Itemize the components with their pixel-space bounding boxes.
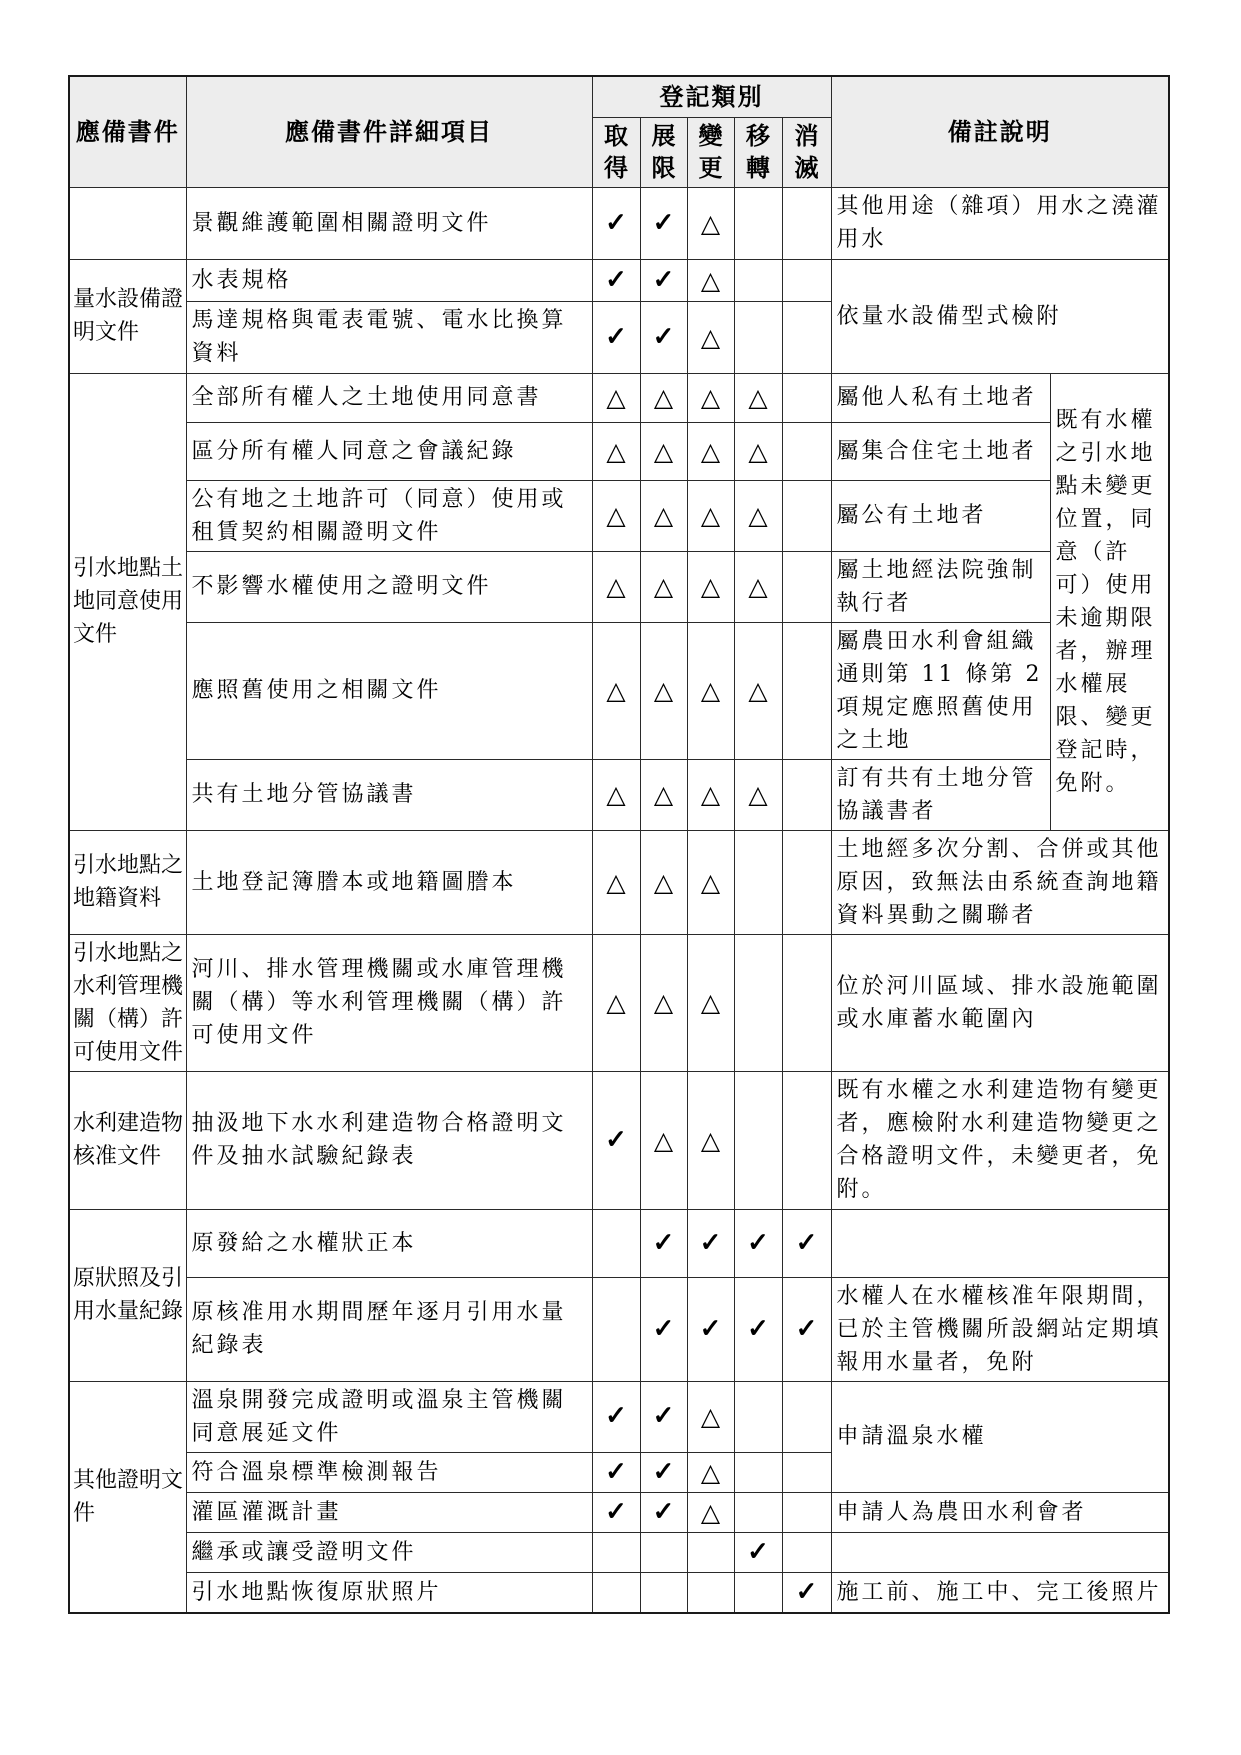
table-row: 公有地之土地許可（同意）使用或租賃契約相關證明文件 △ △ △ △ 屬公有土地者: [69, 480, 1169, 551]
section-label: 量水設備證明文件: [69, 259, 186, 373]
mark-cell: ✓: [640, 1381, 687, 1452]
table-row: 水利建造物核准文件 抽汲地下水水利建造物合格證明文件及抽水試驗紀錄表 ✓ △ △…: [69, 1071, 1169, 1209]
mark-cell: ✓: [592, 259, 640, 301]
section-label: 引水地點之水利管理機關（構）許可使用文件: [69, 934, 186, 1071]
mark-cell: ✓: [687, 1209, 734, 1277]
mark-cell: [734, 830, 782, 934]
remark-cell: 既有水權之水利建造物有變更者，應檢附水利建造物變更之合格證明文件，未變更者，免附…: [831, 1071, 1169, 1209]
mark-cell: ✓: [640, 1492, 687, 1532]
mark-cell: [782, 187, 831, 259]
item-cell: 景觀維護範圍相關證明文件: [186, 187, 592, 259]
item-cell: 水表規格: [186, 259, 592, 301]
mark-cell: △: [640, 422, 687, 480]
remark-cell: 依量水設備型式檢附: [831, 259, 1169, 373]
table-row: 原狀照及引用水量紀錄 原發給之水權狀正本 ✓ ✓ ✓ ✓: [69, 1209, 1169, 1277]
mark-cell: ✓: [640, 1452, 687, 1492]
item-cell: 河川、排水管理機關或水庫管理機關（構）等水利管理機關（構）許可使用文件: [186, 934, 592, 1071]
item-cell: 引水地點恢復原狀照片: [186, 1572, 592, 1613]
mark-cell: △: [687, 187, 734, 259]
item-cell: 土地登記簿謄本或地籍圖謄本: [186, 830, 592, 934]
mark-cell: △: [734, 551, 782, 622]
mark-cell: [640, 1532, 687, 1572]
header-category-alteration: 變更: [687, 118, 734, 188]
item-cell: 馬達規格與電表電號、電水比換算資料: [186, 301, 592, 373]
remark-cell: 位於河川區域、排水設施範圍或水庫蓄水範圍內: [831, 934, 1169, 1071]
mark-cell: △: [640, 622, 687, 759]
mark-cell: ✓: [592, 1492, 640, 1532]
mark-cell: [782, 1071, 831, 1209]
item-cell: 不影響水權使用之證明文件: [186, 551, 592, 622]
mark-cell: △: [687, 259, 734, 301]
document-page: { "header": { "required_docs": "應備書件", "…: [0, 0, 1241, 1755]
mark-cell: ✓: [592, 1452, 640, 1492]
mark-cell: [782, 259, 831, 301]
remark-cell: 其他用途（雜項）用水之澆灌用水: [831, 187, 1169, 259]
mark-cell: △: [687, 422, 734, 480]
mark-cell: [734, 259, 782, 301]
header-category-extension: 展限: [640, 118, 687, 188]
mark-cell: [782, 301, 831, 373]
table-row: 景觀維護範圍相關證明文件 ✓ ✓ △ 其他用途（雜項）用水之澆灌用水: [69, 187, 1169, 259]
section-label: 引水地點之地籍資料: [69, 830, 186, 934]
header-category-termination: 消滅: [782, 118, 831, 188]
mark-cell: [734, 187, 782, 259]
mark-cell: ✓: [640, 1277, 687, 1381]
table-row: 應照舊使用之相關文件 △ △ △ △ 屬農田水利會組織通則第 11 條第 2 項…: [69, 622, 1169, 759]
mark-cell: [782, 1492, 831, 1532]
mark-cell: ✓: [782, 1572, 831, 1613]
item-cell: 共有土地分管協議書: [186, 759, 592, 830]
remark-cell: 訂有共有土地分管協議書者: [831, 759, 1050, 830]
mark-cell: △: [592, 480, 640, 551]
mark-cell: △: [592, 622, 640, 759]
table-row: 引水地點恢復原狀照片 ✓ 施工前、施工中、完工後照片: [69, 1572, 1169, 1613]
mark-cell: △: [640, 934, 687, 1071]
mark-cell: [782, 759, 831, 830]
mark-cell: ✓: [734, 1209, 782, 1277]
mark-cell: ✓: [592, 1071, 640, 1209]
table-row: 不影響水權使用之證明文件 △ △ △ △ 屬土地經法院強制執行者: [69, 551, 1169, 622]
remark-cell: 土地經多次分割、合併或其他原因，致無法由系統查詢地籍資料異動之關聯者: [831, 830, 1169, 934]
remark-cell: [831, 1209, 1169, 1277]
section-label: [69, 187, 186, 259]
header-registration-category: 登記類別: [592, 76, 831, 118]
mark-cell: [734, 934, 782, 1071]
remark-cell: 申請人為農田水利會者: [831, 1492, 1169, 1532]
mark-cell: [640, 1572, 687, 1613]
mark-cell: [592, 1532, 640, 1572]
mark-cell: [592, 1277, 640, 1381]
table-row: 其他證明文件 溫泉開發完成證明或溫泉主管機關同意展延文件 ✓ ✓ △ 申請溫泉水…: [69, 1381, 1169, 1452]
mark-cell: [592, 1572, 640, 1613]
mark-cell: [734, 1492, 782, 1532]
remark-cell: 屬土地經法院強制執行者: [831, 551, 1050, 622]
item-cell: 灌區灌溉計畫: [186, 1492, 592, 1532]
mark-cell: ✓: [592, 301, 640, 373]
header-remarks: 備註說明: [831, 76, 1169, 187]
mark-cell: [782, 934, 831, 1071]
mark-cell: △: [592, 422, 640, 480]
mark-cell: △: [640, 1071, 687, 1209]
mark-cell: △: [640, 830, 687, 934]
table-row: 引水地點土地同意使用文件 全部所有權人之土地使用同意書 △ △ △ △ 屬他人私…: [69, 373, 1169, 422]
mark-cell: ✓: [640, 259, 687, 301]
section-label: 水利建造物核准文件: [69, 1071, 186, 1209]
mark-cell: △: [592, 759, 640, 830]
table-row: 灌區灌溉計畫 ✓ ✓ △ 申請人為農田水利會者: [69, 1492, 1169, 1532]
mark-cell: △: [687, 1492, 734, 1532]
header-detail-items: 應備書件詳細項目: [186, 76, 592, 187]
item-cell: 原核准用水期間歷年逐月引用水量紀錄表: [186, 1277, 592, 1381]
table-row: 引水地點之地籍資料 土地登記簿謄本或地籍圖謄本 △ △ △ 土地經多次分割、合併…: [69, 830, 1169, 934]
mark-cell: △: [734, 759, 782, 830]
mark-cell: △: [592, 551, 640, 622]
mark-cell: [734, 1452, 782, 1492]
mark-cell: △: [687, 759, 734, 830]
mark-cell: ✓: [640, 1209, 687, 1277]
remark-cell: 屬集合住宅土地者: [831, 422, 1050, 480]
mark-cell: ✓: [640, 187, 687, 259]
remark-cell: 屬公有土地者: [831, 480, 1050, 551]
mark-cell: △: [687, 830, 734, 934]
remark-cell: 申請溫泉水權: [831, 1381, 1169, 1492]
mark-cell: [782, 1532, 831, 1572]
mark-cell: △: [687, 373, 734, 422]
mark-cell: △: [592, 934, 640, 1071]
item-cell: 溫泉開發完成證明或溫泉主管機關同意展延文件: [186, 1381, 592, 1452]
mark-cell: △: [687, 551, 734, 622]
table-row: 量水設備證明文件 水表規格 ✓ ✓ △ 依量水設備型式檢附: [69, 259, 1169, 301]
mark-cell: △: [734, 422, 782, 480]
requirements-table: 應備書件 應備書件詳細項目 登記類別 備註說明 取得 展限 變更 移轉 消滅 景…: [68, 75, 1170, 1614]
item-cell: 繼承或讓受證明文件: [186, 1532, 592, 1572]
mark-cell: △: [640, 551, 687, 622]
mark-cell: [687, 1532, 734, 1572]
header-category-transfer: 移轉: [734, 118, 782, 188]
mark-cell: ✓: [592, 1381, 640, 1452]
mark-cell: [782, 422, 831, 480]
shared-remark-cell: 既有水權之引水地點未變更位置，同意（許可）使用未逾期限者，辦理水權展限、變更登記…: [1050, 373, 1169, 830]
item-cell: 符合溫泉標準檢測報告: [186, 1452, 592, 1492]
mark-cell: △: [687, 301, 734, 373]
mark-cell: [782, 551, 831, 622]
item-cell: 公有地之土地許可（同意）使用或租賃契約相關證明文件: [186, 480, 592, 551]
mark-cell: [782, 480, 831, 551]
mark-cell: △: [640, 373, 687, 422]
mark-cell: △: [687, 1381, 734, 1452]
item-cell: 原發給之水權狀正本: [186, 1209, 592, 1277]
mark-cell: △: [687, 622, 734, 759]
remark-cell: 屬農田水利會組織通則第 11 條第 2 項規定應照舊使用之土地: [831, 622, 1050, 759]
mark-cell: ✓: [782, 1209, 831, 1277]
table-row: 繼承或讓受證明文件 ✓: [69, 1532, 1169, 1572]
item-cell: 應照舊使用之相關文件: [186, 622, 592, 759]
mark-cell: [782, 830, 831, 934]
remark-cell: 水權人在水權核准年限期間，已於主管機關所設網站定期填報用水量者，免附: [831, 1277, 1169, 1381]
mark-cell: ✓: [592, 187, 640, 259]
mark-cell: [734, 1381, 782, 1452]
mark-cell: [734, 301, 782, 373]
mark-cell: ✓: [782, 1277, 831, 1381]
mark-cell: △: [592, 830, 640, 934]
table-row: 區分所有權人同意之會議紀錄 △ △ △ △ 屬集合住宅土地者: [69, 422, 1169, 480]
mark-cell: [782, 373, 831, 422]
mark-cell: △: [687, 480, 734, 551]
mark-cell: ✓: [687, 1277, 734, 1381]
mark-cell: △: [592, 373, 640, 422]
section-label: 原狀照及引用水量紀錄: [69, 1209, 186, 1381]
mark-cell: [734, 1071, 782, 1209]
mark-cell: △: [687, 934, 734, 1071]
mark-cell: ✓: [734, 1532, 782, 1572]
mark-cell: [782, 622, 831, 759]
mark-cell: △: [640, 759, 687, 830]
header-category-acquisition: 取得: [592, 118, 640, 188]
table-row: 共有土地分管協議書 △ △ △ △ 訂有共有土地分管協議書者: [69, 759, 1169, 830]
mark-cell: [592, 1209, 640, 1277]
table-row: 引水地點之水利管理機關（構）許可使用文件 河川、排水管理機關或水庫管理機關（構）…: [69, 934, 1169, 1071]
remark-cell: 施工前、施工中、完工後照片: [831, 1572, 1169, 1613]
mark-cell: △: [734, 622, 782, 759]
remark-cell: 屬他人私有土地者: [831, 373, 1050, 422]
mark-cell: △: [734, 480, 782, 551]
mark-cell: △: [687, 1071, 734, 1209]
mark-cell: ✓: [734, 1277, 782, 1381]
mark-cell: [782, 1381, 831, 1452]
section-label: 引水地點土地同意使用文件: [69, 373, 186, 830]
item-cell: 區分所有權人同意之會議紀錄: [186, 422, 592, 480]
mark-cell: △: [687, 1452, 734, 1492]
header-required-docs: 應備書件: [69, 76, 186, 187]
mark-cell: △: [734, 373, 782, 422]
item-cell: 抽汲地下水水利建造物合格證明文件及抽水試驗紀錄表: [186, 1071, 592, 1209]
mark-cell: [782, 1452, 831, 1492]
remark-cell: [831, 1532, 1169, 1572]
item-cell: 全部所有權人之土地使用同意書: [186, 373, 592, 422]
mark-cell: [687, 1572, 734, 1613]
table-row: 原核准用水期間歷年逐月引用水量紀錄表 ✓ ✓ ✓ ✓ 水權人在水權核准年限期間，…: [69, 1277, 1169, 1381]
section-label: 其他證明文件: [69, 1381, 186, 1613]
mark-cell: [734, 1572, 782, 1613]
mark-cell: △: [640, 480, 687, 551]
mark-cell: ✓: [640, 301, 687, 373]
